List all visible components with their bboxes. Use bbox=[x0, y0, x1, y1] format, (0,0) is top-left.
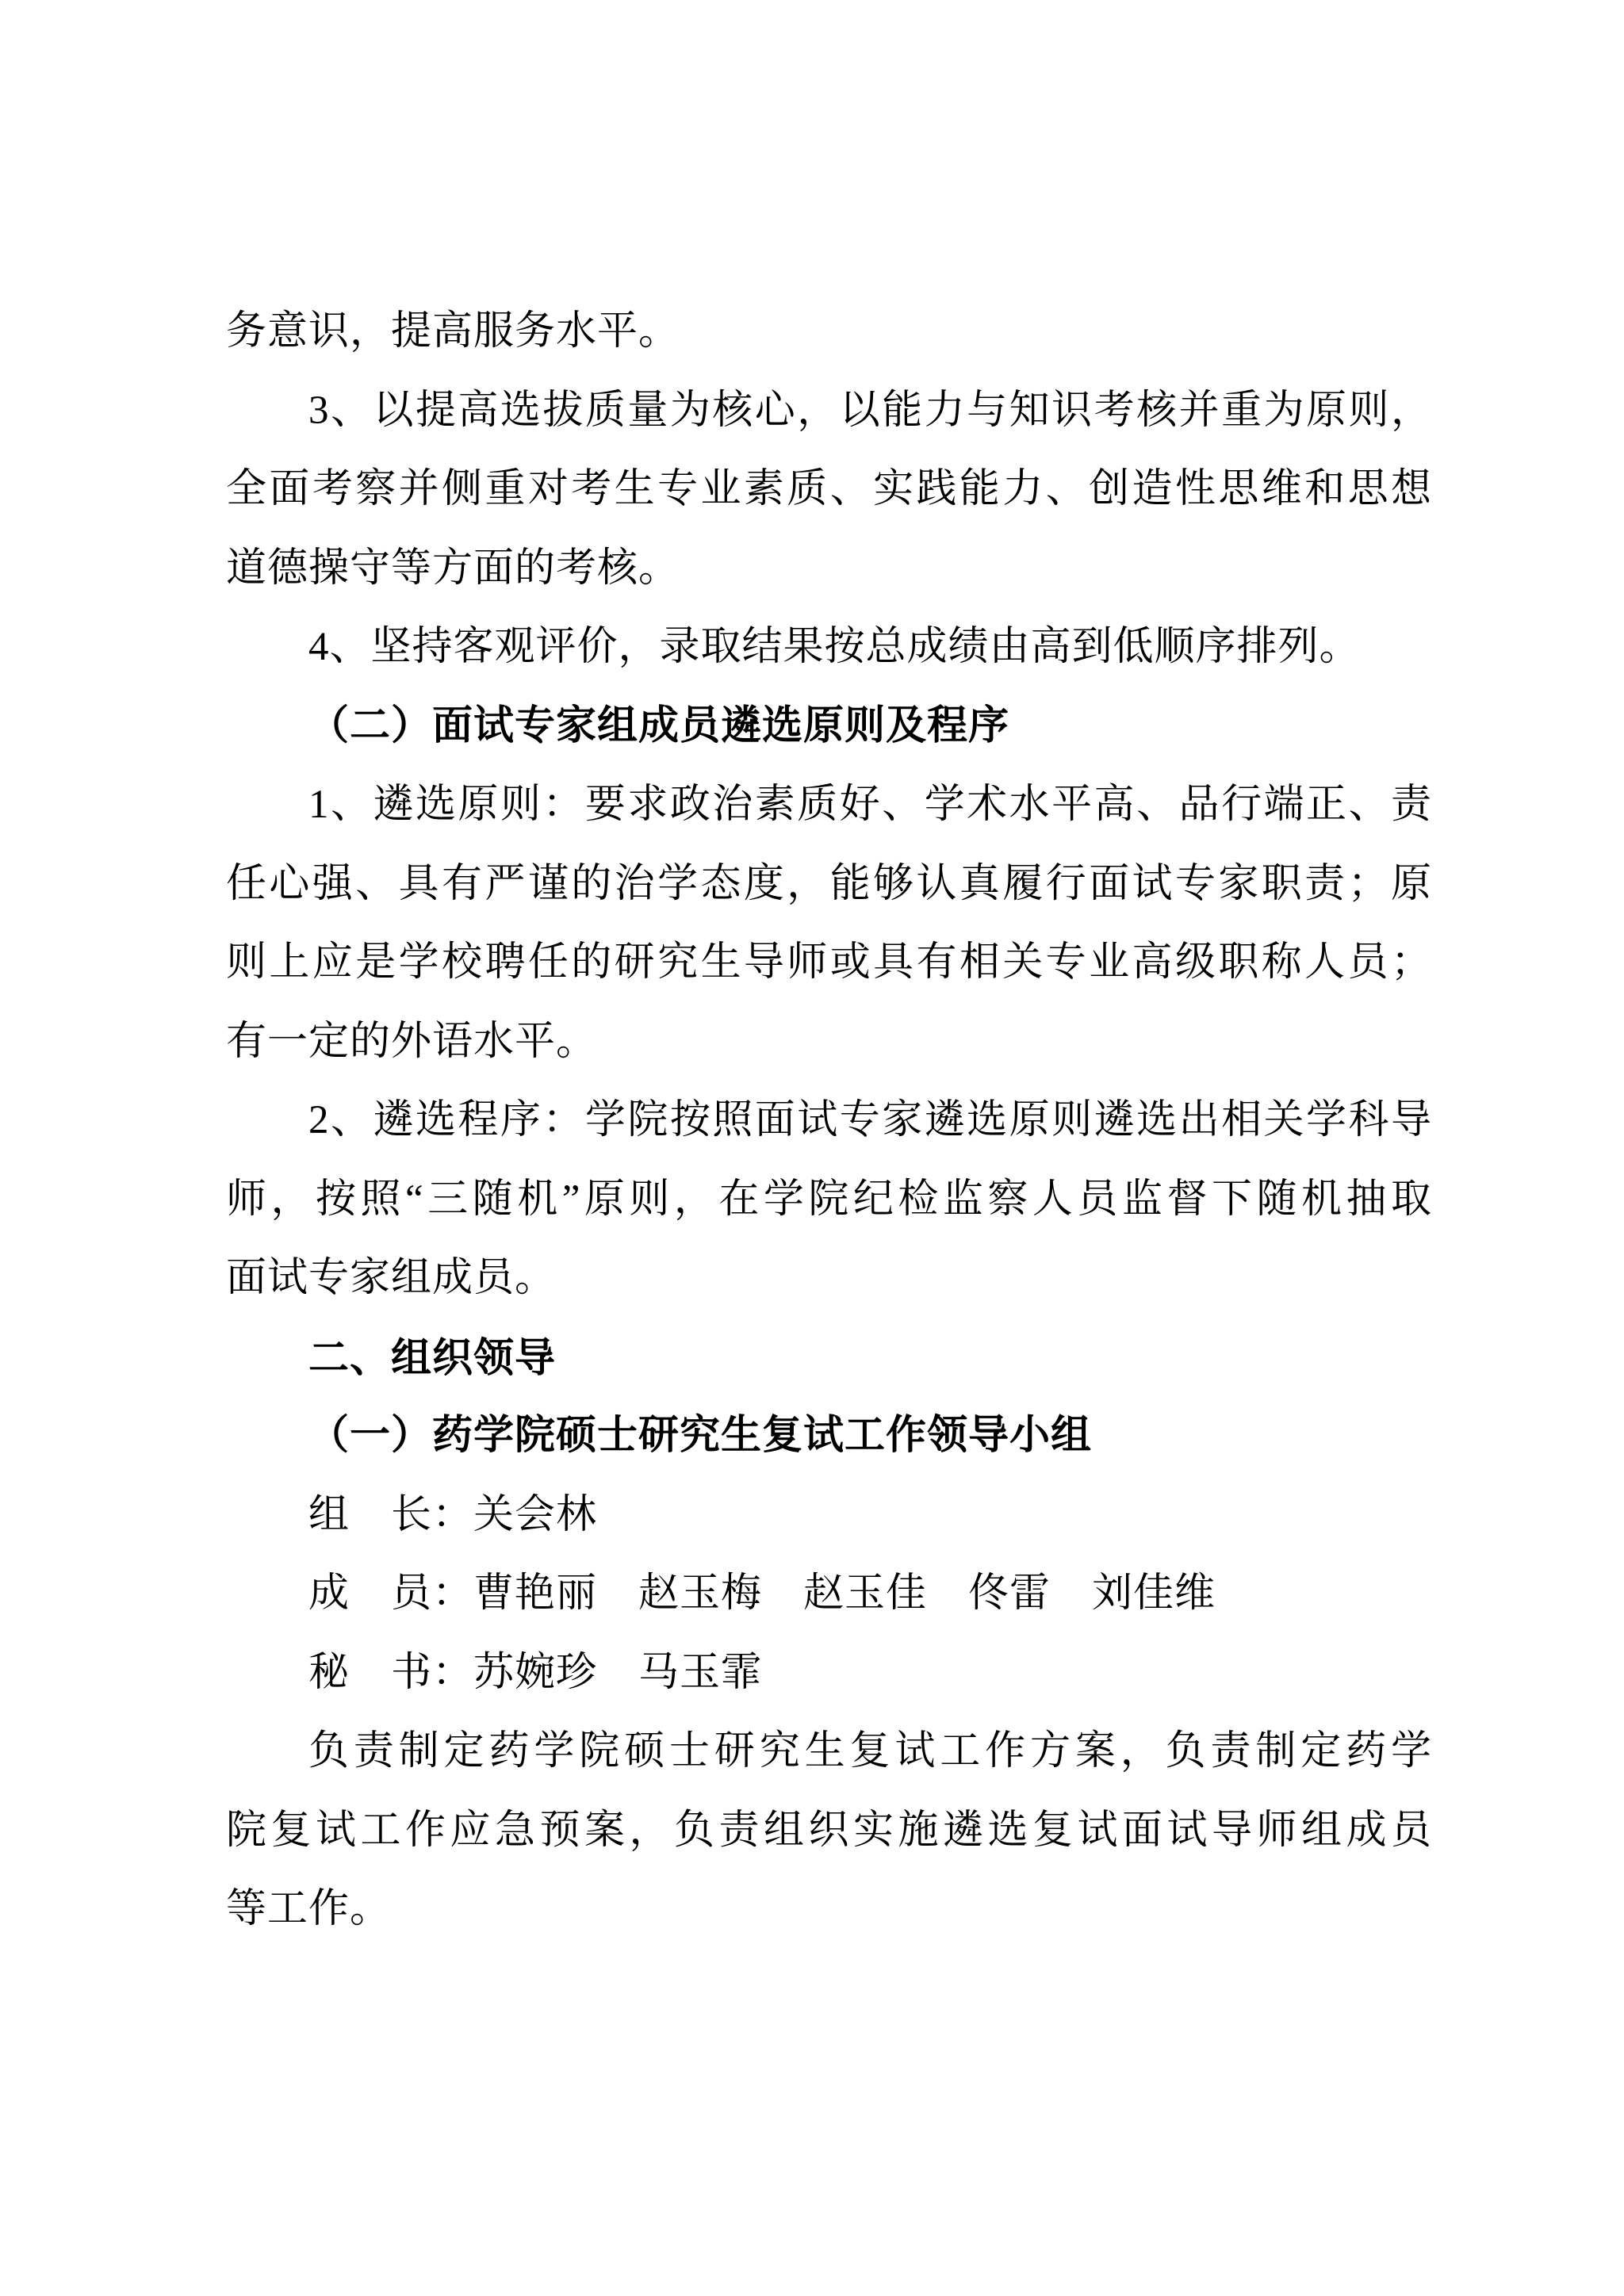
text-line-11: 2、遴选程序：学院按照面试专家遴选原则遴选出相关学科导 bbox=[226, 1081, 1431, 1161]
text-line-16: 组 长：关会林 bbox=[226, 1476, 1431, 1556]
text-line-19: 负责制定药学院硕士研究生复试工作方案，负责制定药学 bbox=[226, 1712, 1431, 1792]
text-line-9: 则上应是学校聘任的研究生导师或具有相关专业高级职称人员； bbox=[226, 924, 1431, 1003]
text-line-7: 1、遴选原则：要求政治素质好、学术水平高、品行端正、责 bbox=[226, 766, 1431, 845]
text-line-1: 务意识，提高服务水平。 bbox=[226, 293, 1431, 372]
text-line-14: 二、组织领导 bbox=[226, 1318, 1431, 1398]
text-line-13: 面试专家组成员。 bbox=[226, 1239, 1431, 1318]
text-line-8: 任心强、具有严谨的治学态度，能够认真履行面试专家职责；原 bbox=[226, 845, 1431, 924]
text-line-20: 院复试工作应急预案，负责组织实施遴选复试面试导师组成员 bbox=[226, 1792, 1431, 1871]
document-text-block: 务意识，提高服务水平。3、以提高选拔质量为核心，以能力与知识考核并重为原则，全面… bbox=[226, 293, 1431, 1950]
text-line-17: 成 员：曹艳丽 赵玉梅 赵玉佳 佟雷 刘佳维 bbox=[226, 1555, 1431, 1634]
text-line-15: （一）药学院硕士研究生复试工作领导小组 bbox=[226, 1397, 1431, 1476]
text-line-2: 3、以提高选拔质量为核心，以能力与知识考核并重为原则， bbox=[226, 372, 1431, 451]
text-line-6: （二）面试专家组成员遴选原则及程序 bbox=[226, 687, 1431, 767]
text-line-4: 道德操守等方面的考核。 bbox=[226, 530, 1431, 609]
text-line-21: 等工作。 bbox=[226, 1870, 1431, 1950]
text-line-12: 师，按照“三随机”原则，在学院纪检监察人员监督下随机抽取 bbox=[226, 1161, 1431, 1240]
text-line-18: 秘 书：苏婉珍 马玉霏 bbox=[226, 1634, 1431, 1713]
text-line-10: 有一定的外语水平。 bbox=[226, 1003, 1431, 1082]
text-line-5: 4、坚持客观评价，录取结果按总成绩由高到低顺序排列。 bbox=[226, 608, 1431, 687]
text-line-3: 全面考察并侧重对考生专业素质、实践能力、创造性思维和思想 bbox=[226, 450, 1431, 530]
document-page: 务意识，提高服务水平。3、以提高选拔质量为核心，以能力与知识考核并重为原则，全面… bbox=[0, 0, 1624, 2296]
